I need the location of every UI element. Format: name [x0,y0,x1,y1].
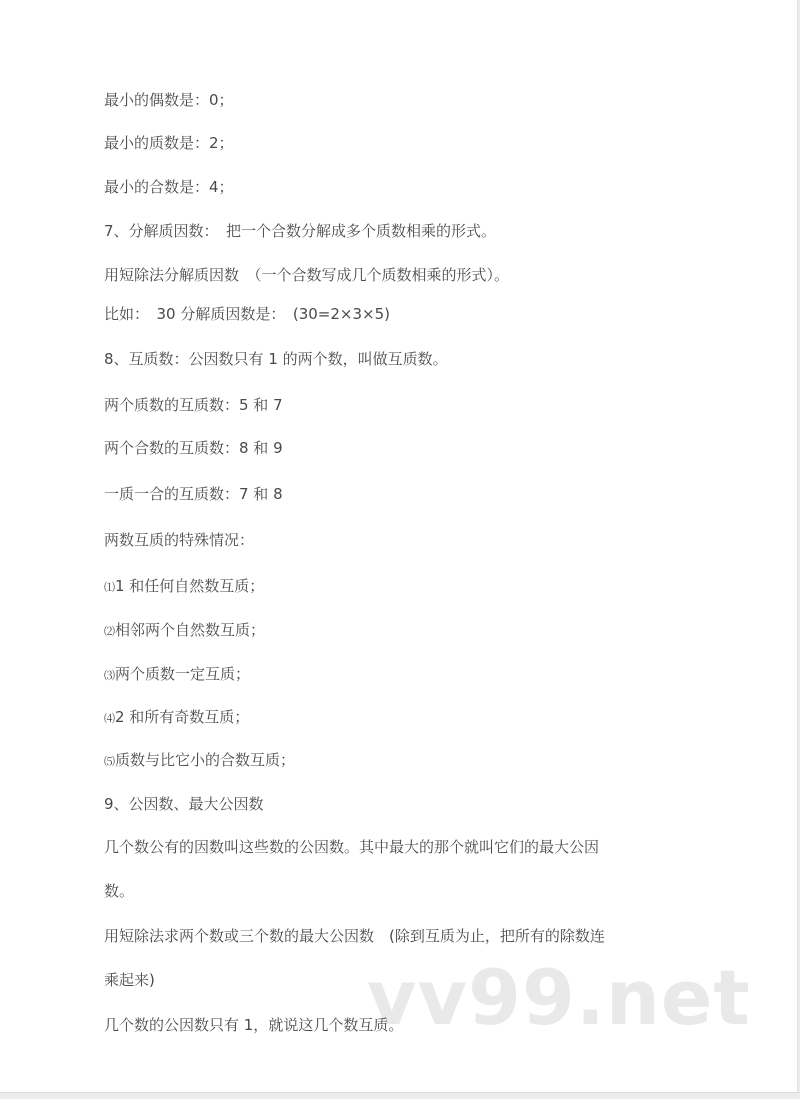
text-line-gcd-method: 用短除法求两个数或三个数的最大公因数 (除到互质为止，把所有的除数连 [104,926,605,946]
page-edge-bottom [0,1092,800,1099]
section-heading-coprime: 8、互质数：公因数只有 1 的两个数，叫做互质数。 [104,349,448,369]
text-line-example-30: 比如： 30 分解质因数是： (30=2×3×5) [104,304,390,324]
list-marker: ⑵ [104,625,115,638]
watermark: vv99.net [367,958,751,1038]
list-marker: ⑸ [104,755,115,768]
document-page: vv99.net 最小的偶数是：0； 最小的质数是：2； 最小的合数是：4； 7… [0,0,798,1092]
list-item-text: 2 和所有奇数互质； [115,708,249,726]
list-item-text: 质数与比它小的合数互质； [115,751,295,769]
list-marker: ⑴ [104,581,115,594]
text-line-gcd-method-cont: 乘起来) [104,970,155,990]
list-item-case-1: ⑴1 和任何自然数互质； [104,576,264,598]
text-line-two-primes: 两个质数的互质数：5 和 7 [104,395,283,415]
list-item-case-3: ⑶两个质数一定互质； [104,664,250,686]
text-line-prime-composite: 一质一合的互质数：7 和 8 [104,484,283,504]
text-line-common-factor-def: 几个数公有的因数叫这些数的公因数。其中最大的那个就叫它们的最大公因 [104,837,599,857]
list-marker: ⑶ [104,669,115,682]
text-line-smallest-even: 最小的偶数是：0； [104,90,234,110]
list-item-case-4: ⑷2 和所有奇数互质； [104,707,249,729]
text-line-two-composites: 两个合数的互质数：8 和 9 [104,438,283,458]
list-item-case-2: ⑵相邻两个自然数互质； [104,620,265,642]
text-line-coprime-def: 几个数的公因数只有 1，就说这几个数互质。 [104,1015,403,1035]
section-heading-common-factor: 9、公因数、最大公因数 [104,794,264,814]
list-item-text: 两个质数一定互质； [115,665,250,683]
text-line-common-factor-def-cont: 数。 [104,881,134,901]
text-line-special-cases: 两数互质的特殊情况： [104,530,254,550]
list-item-text: 相邻两个自然数互质； [115,621,265,639]
list-item-case-5: ⑸质数与比它小的合数互质； [104,750,295,772]
text-line-smallest-prime: 最小的质数是：2； [104,133,234,153]
text-line-short-division: 用短除法分解质因数 （一个合数写成几个质数相乘的形式）。 [104,265,509,285]
section-heading-prime-factorization: 7、分解质因数： 把一个合数分解成多个质数相乘的形式。 [104,221,496,241]
text-line-smallest-composite: 最小的合数是：4； [104,177,234,197]
list-marker: ⑷ [104,712,115,725]
list-item-text: 1 和任何自然数互质； [115,577,264,595]
